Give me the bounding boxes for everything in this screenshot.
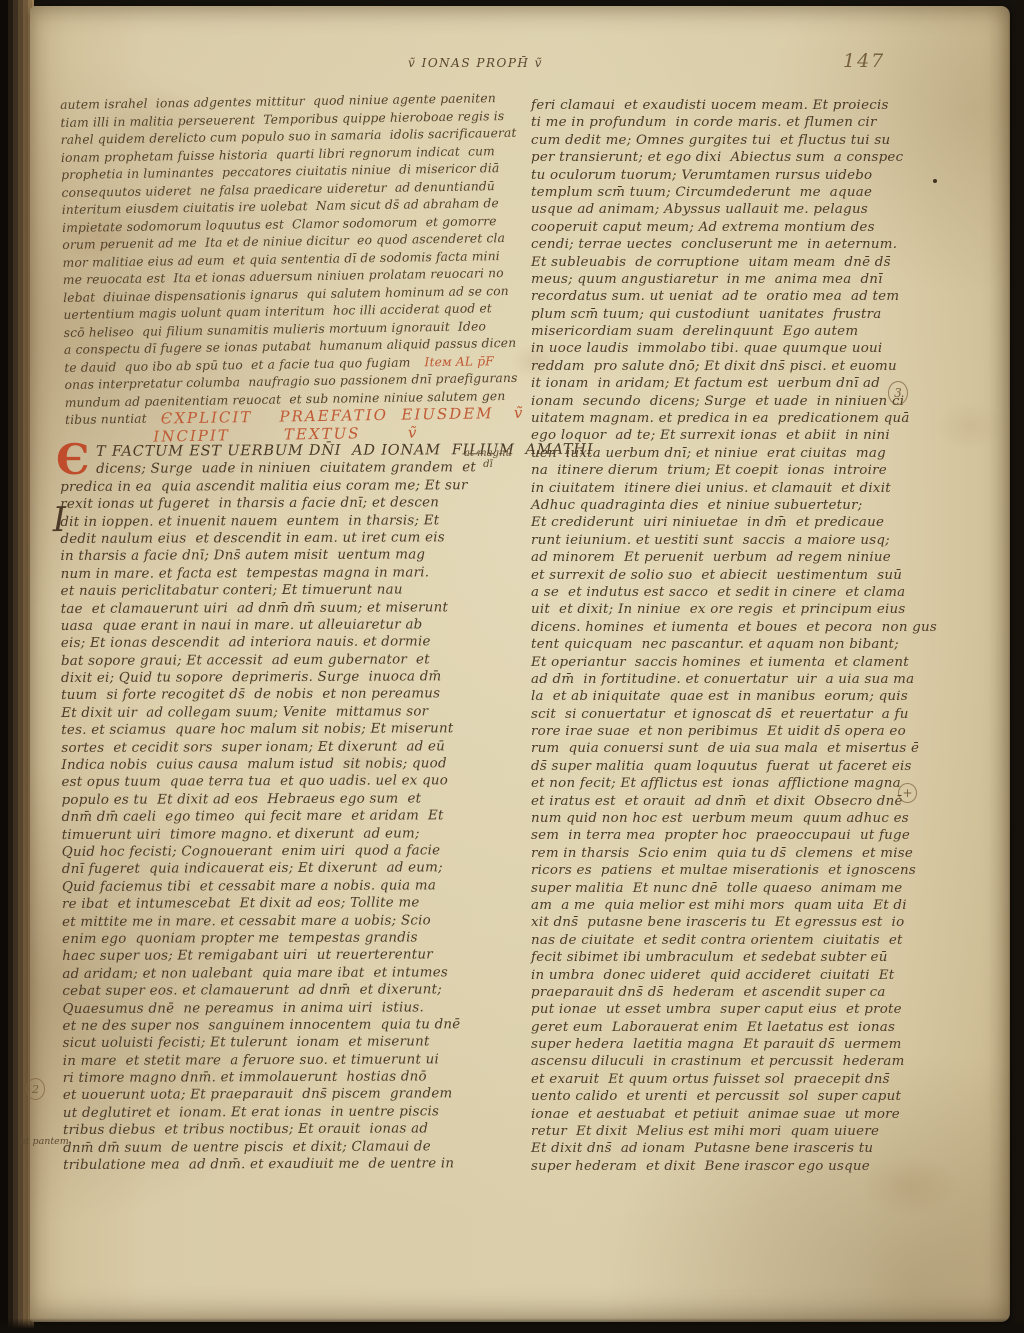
- text-line: ionam secundo dicens; Surge et uade in n…: [531, 393, 1009, 410]
- text-line: cum dedit me; Omnes gurgites tui et fluc…: [531, 132, 1009, 149]
- text-line: recordatus sum. ut ueniat ad te oratio m…: [531, 288, 1009, 305]
- text-line: tribus diebus et tribus noctibus; Et ora…: [63, 1120, 525, 1139]
- text-line: dicens. homines et iumenta et boues et p…: [531, 619, 1009, 636]
- text-line: Et crediderunt uiri niniuetae in dm̄ et …: [531, 514, 1009, 531]
- text-line: xit dns̄ putasne bene irasceris tu Et eg…: [531, 914, 1009, 931]
- text-line: Indica nobis cuius causa malum istud sit…: [61, 755, 523, 774]
- margin-gloss-at-pantem: at pantem: [20, 1136, 69, 1147]
- margin-gloss-line: at magnū: [464, 448, 512, 459]
- text-line: enim ego quoniam propter me tempestas gr…: [62, 929, 524, 948]
- text-line: la et ab iniquitate quae est in manibus …: [531, 688, 1009, 705]
- text-line: Quaesumus dnē ne pereamus in anima uiri …: [62, 998, 524, 1017]
- text-line: et non fecit; Et afflictus est ionas aff…: [531, 775, 1009, 792]
- text-line: re ibat et intumescebat Et dixit ad eos;…: [62, 894, 524, 913]
- ink-dot: [933, 179, 937, 183]
- book-spine-page-edges: [0, 0, 34, 1333]
- text-line: ti me in profundum in corde maris. et fl…: [531, 114, 1009, 131]
- text-line: a se et indutus est sacco et sedit in ci…: [531, 584, 1009, 601]
- text-line: super malitia Et nunc dnē tolle quaeso a…: [531, 880, 1009, 897]
- page-right-edge-shadow: [1008, 0, 1024, 1333]
- text-line: feri clamaui et exaudisti uocem meam. Et…: [531, 97, 1009, 114]
- text-line: dnm̄ dm̄ suum de uentre piscis et dixit;…: [63, 1138, 525, 1157]
- text-line: tuum si forte recogitet ds̄ de nobis et …: [61, 685, 523, 704]
- text-line: retur Et dixit Melius est mihi mori quam…: [531, 1123, 1009, 1140]
- text-line: rexit ionas ut fugeret in tharsis a faci…: [60, 494, 522, 513]
- text-line: populo es tu Et dixit ad eos Hebraeus eg…: [62, 790, 524, 809]
- item-alia-praefatio-rubric: Iteᴍ AL p̄F: [424, 353, 494, 372]
- text-column-left: Є T FACTUM EST UERBUM DN̄I AD IONAM FILI…: [60, 442, 525, 1174]
- text-line: cooperuit caput meum; Ad extrema montium…: [531, 219, 1009, 236]
- text-line: in umbra donec uideret quid accideret ci…: [531, 967, 1009, 984]
- spacer: [147, 410, 161, 428]
- text-line: sem in terra mea propter hoc praeoccupau…: [531, 827, 1009, 844]
- text-line: fecit sibimet ibi umbraculum et sedebat …: [531, 949, 1009, 966]
- text-line: nas de ciuitate et sedit contra orientem…: [531, 932, 1009, 949]
- text-line: am a me quia melior est mihi mors quam u…: [531, 897, 1009, 914]
- text-line: num quid non hoc est uerbum meum quum ad…: [531, 810, 1009, 827]
- text-line: rore irae suae et non peribimus Et uidit…: [531, 723, 1009, 740]
- text-line: scit si conuertatur et ignoscat ds̄ et r…: [531, 706, 1009, 723]
- text-line: tent quicquam nec pascantur. et aquam no…: [531, 636, 1009, 653]
- text-line: rum quia conuersi sunt de uia sua mala e…: [531, 740, 1009, 757]
- margin-gloss-line: dī: [464, 459, 512, 470]
- text-line: sicut uoluisti fecisti; Et tulerunt iona…: [63, 1033, 525, 1052]
- text-line: eis; Et ionas descendit ad interiora nau…: [61, 633, 523, 652]
- margin-mark-2: 2: [26, 1078, 45, 1100]
- text-line: ionae et aestuabat et petiuit animae sua…: [531, 1106, 1009, 1123]
- text-line: in tharsis a facie dnī; Dns̄ autem misit…: [60, 546, 522, 565]
- left-column-lines: T FACTUM EST UERBUM DN̄I AD IONAM FILIUM…: [60, 442, 525, 1174]
- text-line: T FACTUM EST UERBUM DN̄I AD IONAM FILIUM…: [60, 442, 522, 461]
- text-line: haec super uos; Et remigabant uiri ut re…: [62, 946, 524, 965]
- manuscript-photo: ṽ IONAS PROPH̄ ṽ 147 autem israhel ionas…: [0, 0, 1024, 1333]
- text-line: Et operiantur saccis homines et iumenta …: [531, 654, 1009, 671]
- text-line: rem in tharsis Scio enim quia tu ds̄ cle…: [531, 845, 1009, 862]
- preface-last-words: tibus nuntiat: [65, 411, 147, 430]
- text-line: cebat super eos. et clamauerunt ad dnm̄ …: [62, 981, 524, 1000]
- page-bottom-edge-shadow: [0, 1318, 1024, 1333]
- text-line: in mare et stetit mare a feruore suo. et…: [63, 1051, 525, 1070]
- text-column-right: feri clamaui et exaudisti uocem meam. Et…: [531, 97, 1009, 1175]
- text-line: ascensu diluculi in crastinum et percuss…: [531, 1053, 1009, 1070]
- text-line: ri timore magno dnm̄. et immolauerunt ho…: [63, 1068, 525, 1087]
- preface-lines-a: autem israhel ionas adgentes mittitur qu…: [60, 90, 526, 360]
- running-title: ṽ IONAS PROPH̄ ṽ: [408, 56, 543, 70]
- text-line: et mittite me in mare. et cessabit mare …: [62, 912, 524, 931]
- text-line: praeparauit dns̄ ds̄ hederam et ascendit…: [531, 984, 1009, 1001]
- text-line: et ne des super nos sanguinem innocentem…: [63, 1016, 525, 1035]
- text-line: dicens; Surge uade in niniuen ciuitatem …: [60, 459, 522, 478]
- text-line: et surrexit de solio suo et abiecit uest…: [531, 567, 1009, 584]
- text-line: tu oculorum tuorum; Verumtamen rursus ui…: [531, 167, 1009, 184]
- text-line: it ionam in aridam; Et factum est uerbum…: [531, 375, 1009, 392]
- text-line: misericordiam suam derelinquunt Ego aute…: [531, 323, 1009, 340]
- text-line: bat sopore graui; Et accessit ad eum gub…: [61, 651, 523, 670]
- text-line: super hedera laetitia magna Et parauit d…: [531, 1036, 1009, 1053]
- text-line: uasa quae erant in naui in mare. ut alle…: [61, 616, 523, 635]
- text-line: runt ieiunium. et uestiti sunt saccis a …: [531, 532, 1009, 549]
- text-line: Adhuc quadraginta dies et niniue subuert…: [531, 497, 1009, 514]
- text-line: uitatem magnam. et predica in ea predica…: [531, 410, 1009, 427]
- text-line: ut deglutiret et ionam. Et erat ionas in…: [63, 1103, 525, 1122]
- text-line: in ciuitatem itinere diei unius. et clam…: [531, 480, 1009, 497]
- text-line: ego loquor ad te; Et surrexit ionas et a…: [531, 427, 1009, 444]
- text-line: uen iuxta uerbum dnī; et niniue erat ciu…: [531, 445, 1009, 462]
- margin-mark-3: 3: [888, 381, 908, 405]
- text-line: reddam pro salute dnō; Et dixit dns̄ pis…: [531, 358, 1009, 375]
- text-line: est opus tuum quae terra tua et quo uadi…: [61, 772, 523, 791]
- text-line: plum scm̄ tuum; qui custodiunt uanitates…: [531, 306, 1009, 323]
- text-line: per transierunt; et ego dixi Abiectus su…: [531, 149, 1009, 166]
- text-line: ds̄ super malitia quam loquutus fuerat u…: [531, 758, 1009, 775]
- text-line: timuerunt uiri timore magno. et dixerunt…: [62, 825, 524, 844]
- text-line: Quid hoc fecisti; Cognouerant enim uiri …: [62, 842, 524, 861]
- margin-gloss-ut-magnu: at magnū dī: [464, 448, 512, 470]
- text-line: uit et dixit; In niniue ex ore regis et …: [531, 601, 1009, 618]
- text-line: num in mare. et facta est tempestas magn…: [61, 564, 523, 583]
- text-line: et uouerunt uota; Et praeparauit dns̄ pi…: [63, 1085, 525, 1104]
- text-line: put ionae ut esset umbra super caput eiu…: [531, 1001, 1009, 1018]
- text-line: dnm̄ dm̄ caeli ego timeo qui fecit mare …: [62, 807, 524, 826]
- text-line: meus; quum angustiaretur in me anima mea…: [531, 271, 1009, 288]
- margin-mark-cross: +: [898, 783, 917, 803]
- text-line: et nauis periclitabatur conteri; Et timu…: [61, 581, 523, 600]
- text-line: Et dixit uir ad collegam suum; Venite mi…: [61, 703, 523, 722]
- right-column-lines: feri clamaui et exaudisti uocem meam. Et…: [531, 97, 1009, 1175]
- text-line: Et subleuabis de corruptione uitam meam …: [531, 254, 1009, 271]
- text-line: uento calido et urenti et percussit sol …: [531, 1088, 1009, 1105]
- spacer: [410, 354, 424, 372]
- text-line: dixit ei; Quid tu sopore deprimeris. Sur…: [61, 668, 523, 687]
- folio-number: 147: [843, 50, 885, 72]
- text-line: cendi; terrae uectes concluserunt me in …: [531, 236, 1009, 253]
- text-line: et exaruit Et quum ortus fuisset sol pra…: [531, 1071, 1009, 1088]
- text-line: Quid faciemus tibi et cessabit mare a no…: [62, 877, 524, 896]
- text-line: in uoce laudis immolabo tibi. quae quumq…: [531, 340, 1009, 357]
- text-line: tes. et sciamus quare hoc malum sit nobi…: [61, 720, 523, 739]
- text-line: ad dm̄ in fortitudine. et conuertatur ui…: [531, 671, 1009, 688]
- text-line: predica in ea quia ascendit malitia eius…: [60, 477, 522, 496]
- text-line: tribulatione mea ad dnm̄. et exaudiuit m…: [63, 1155, 525, 1174]
- text-line: sortes et cecidit sors super ionam; Et d…: [61, 738, 523, 757]
- text-line: dnī fugeret quia indicauerat eis; Et dix…: [62, 859, 524, 878]
- text-line: tae et clamauerunt uiri ad dnm̄ dm̄ suum…: [61, 598, 523, 617]
- text-line: ad minorem Et peruenit uerbum ad regem n…: [531, 549, 1009, 566]
- text-line: na itinere dierum trium; Et coepit ionas…: [531, 462, 1009, 479]
- preface-column: autem israhel ionas adgentes mittitur qu…: [60, 90, 527, 447]
- text-line: templum scm̄ tuum; Circumdederunt me aqu…: [531, 184, 1009, 201]
- text-line: Et dixit dns̄ ad ionam Putasne bene iras…: [531, 1140, 1009, 1157]
- text-line: super hederam et dixit Bene irascor ego …: [531, 1158, 1009, 1175]
- text-line: ricors es patiens et multae miserationis…: [531, 862, 1009, 879]
- text-line: ad aridam; et non ualebant quia mare iba…: [62, 964, 524, 983]
- text-line: dit in ioppen. et inuenit nauem euntem i…: [60, 512, 522, 531]
- initial-letter-e: Є: [56, 440, 90, 480]
- text-line: et iratus est et orauit ad dnm̄ et dixit…: [531, 793, 1009, 810]
- text-line: dedit naulum eius et descendit in eam. u…: [60, 529, 522, 548]
- text-line: usque ad animam; Abyssus uallauit me. pe…: [531, 201, 1009, 218]
- text-line: geret eum Laborauerat enim Et laetatus e…: [531, 1019, 1009, 1036]
